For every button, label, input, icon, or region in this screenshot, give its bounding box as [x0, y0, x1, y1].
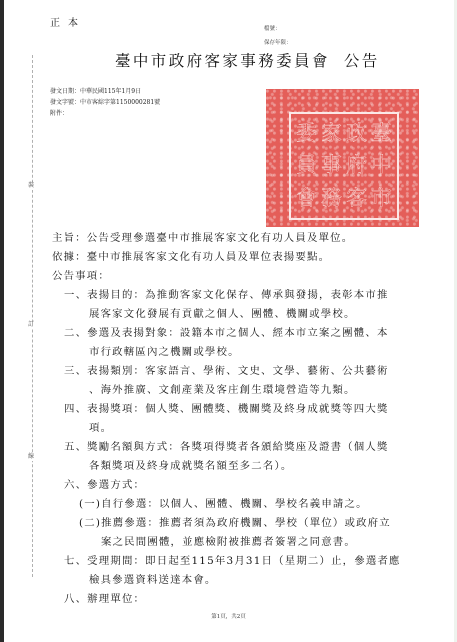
item-text-continued: 檢具參選資料送達本會。 — [64, 571, 412, 590]
basis-line: 依據：臺中市推展客家文化有功人員及單位表揚要點。 — [52, 248, 412, 267]
scan-left-edge — [0, 0, 4, 642]
seal-char: 委 — [294, 117, 319, 150]
item-text: 四、表揚獎項：個人獎、團體獎、機關獎及終身成就獎等四大獎 — [64, 400, 412, 419]
page-title: 臺中市政府客家事務委員會公告 — [115, 49, 380, 71]
notice-item-4: 四、表揚獎項：個人獎、團體獎、機關獎及終身成就獎等四大獎 項。 — [52, 400, 412, 438]
item-text: 七、受理期間：即日起至115年3月31日（星期二）止，參選者應 — [64, 552, 412, 571]
binding-line — [32, 55, 33, 577]
sub-item-2: (二)推薦參選：推薦者須為政府機關、學校（單位）或政府立 案之民間團體，並應檢附… — [52, 514, 412, 552]
seal-char: 中 — [369, 150, 394, 183]
item-text: 二、參選及表揚對象：設籍本市之個人、經本市立案之團體、本 — [64, 324, 412, 343]
item-text-continued: 、海外推廣、文創產業及客庄創生環境營造等九類。 — [64, 381, 412, 400]
issue-number: 發文字號：中市客綜字第1150000281號 — [50, 97, 160, 108]
item-text: 六、參選方式： — [64, 476, 412, 495]
document-body: 主旨：公告受理參選臺中市推展客家文化有功人員及單位。 依據：臺中市推展客家文化有… — [52, 229, 412, 609]
binding-mark-zhuang: 裝 — [28, 182, 34, 190]
seal-characters: 臺 中 市 政 府 客 家 事 務 委 員 會 — [289, 112, 399, 220]
title-doc-type: 公告 — [344, 52, 380, 70]
notice-item-7: 七、受理期間：即日起至115年3月31日（星期二）止，參選者應 檢具參選資料送達… — [52, 552, 412, 590]
sub-item-1: (一)自行參選：以個人、團體、機關、學校名義申請之。 — [52, 495, 412, 514]
binding-mark-xian: 線 — [28, 453, 34, 461]
notice-item-3: 三、表揚類別：客家語言、學術、文史、文學、藝術、公共藝術 、海外推廣、文創產業及… — [52, 362, 412, 400]
seal-char: 家 — [319, 117, 344, 150]
item-text: 三、表揚類別：客家語言、學術、文史、文學、藝術、公共藝術 — [64, 362, 412, 381]
seal-char: 事 — [319, 150, 344, 183]
notice-item-1: 一、表揚目的：為推動客家文化保存、傳承與發揚，表彰本市推 展客家文化發展有貢獻之… — [52, 286, 412, 324]
seal-char: 政 — [344, 117, 369, 150]
notice-item-5: 五、獎勵名額與方式：各獎項得獎者各頒給獎座及證書（個人獎 各類獎項及終身成就獎名… — [52, 438, 412, 476]
document-meta: 發文日期：中華民國115年1月9日 發文字號：中市客綜字第1150000281號… — [50, 86, 160, 119]
sub-item-text: (二)推薦參選：推薦者須為政府機關、學校（單位）或政府立 — [79, 514, 412, 533]
title-agency: 臺中市政府客家事務委員會 — [115, 52, 330, 70]
seal-char: 務 — [319, 182, 344, 215]
item-text-continued: 市行政轄區內之機關或學校。 — [64, 343, 412, 362]
item-text-continued: 各類獎項及終身成就獎名額至多二名）。 — [64, 457, 412, 476]
item-text-continued: 項。 — [64, 419, 412, 438]
seal-char: 員 — [294, 150, 319, 183]
seal-char: 市 — [369, 182, 394, 215]
file-number-label: 檔號： — [264, 22, 298, 36]
attachment-label: 附件： — [50, 108, 160, 119]
seal-char: 府 — [344, 150, 369, 183]
seal-char: 會 — [294, 182, 319, 215]
seal-char: 客 — [344, 182, 369, 215]
page-number: 第1頁，共2頁 — [0, 612, 457, 620]
item-text: 五、獎勵名額與方式：各獎項得獎者各頒給獎座及證書（個人獎 — [64, 438, 412, 457]
item-text-continued: 展客家文化發展有貢獻之個人、團體、機關或學校。 — [64, 305, 412, 324]
seal-char: 臺 — [369, 117, 394, 150]
sub-item-text: (一)自行參選：以個人、團體、機關、學校名義申請之。 — [79, 495, 412, 514]
notice-item-8: 八、辦理單位： — [52, 590, 412, 609]
notice-heading: 公告事項： — [52, 267, 412, 286]
item-text: 一、表揚目的：為推動客家文化保存、傳承與發揚，表彰本市推 — [64, 286, 412, 305]
archive-info: 檔號： 保存年限： — [264, 22, 298, 50]
binding-mark-ding: 訂 — [28, 321, 34, 329]
copy-label: 正本 — [50, 14, 86, 29]
issue-date: 發文日期：中華民國115年1月9日 — [50, 86, 160, 97]
retention-label: 保存年限： — [264, 36, 298, 50]
notice-item-6: 六、參選方式： — [52, 476, 412, 495]
notice-item-2: 二、參選及表揚對象：設籍本市之個人、經本市立案之團體、本 市行政轄區內之機關或學… — [52, 324, 412, 362]
item-text: 八、辦理單位： — [64, 590, 412, 609]
official-seal: 臺 中 市 政 府 客 家 事 務 委 員 會 — [266, 89, 419, 227]
sub-item-text-continued: 案之民間團體，並應檢附被推薦者簽署之同意書。 — [79, 533, 412, 552]
subject-line: 主旨：公告受理參選臺中市推展客家文化有功人員及單位。 — [52, 229, 412, 248]
